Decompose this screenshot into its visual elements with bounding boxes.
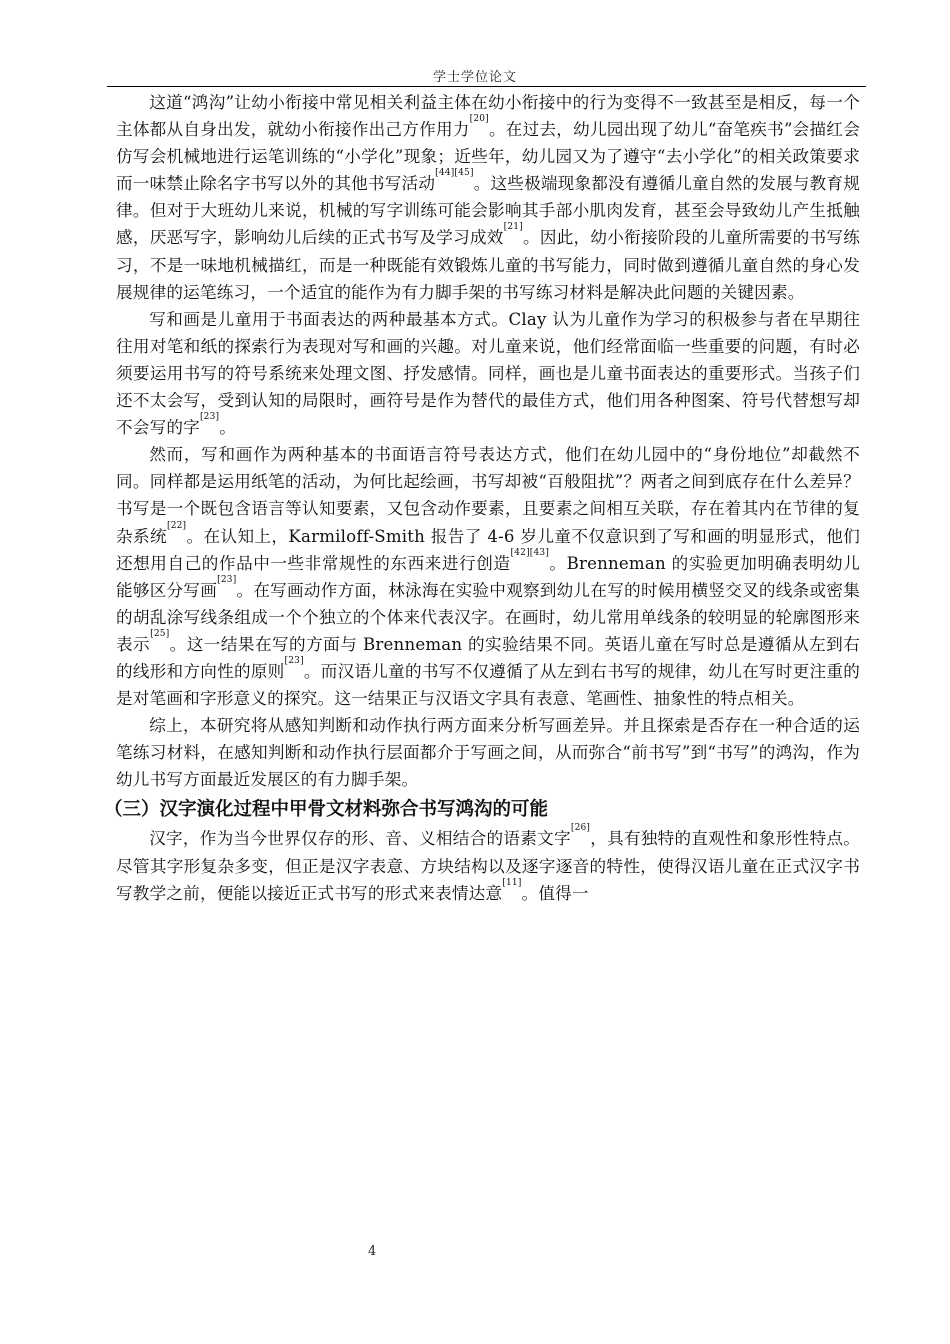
header-rule: [107, 86, 866, 87]
citation-ref: [20]: [470, 114, 489, 124]
citation-ref: [21]: [504, 222, 523, 232]
citation-ref: [23]: [200, 412, 219, 422]
citation-ref: [23]: [285, 656, 304, 666]
paragraph-4: 综上，本研究将从感知判断和动作执行两方面来分析写画差异。并且探索是否存在一种合适…: [116, 712, 860, 793]
citation-ref: [26]: [571, 823, 590, 833]
paragraph-1: 这道“鸿沟”让幼小衔接中常见相关利益主体在幼小衔接中的行为变得不一致甚至是相反，…: [116, 89, 860, 306]
text-run: 。值得一: [522, 884, 589, 903]
text-run: 。: [219, 418, 236, 437]
paragraph-2: 写和画是儿童用于书面表达的两种最基本方式。Clay 认为儿童作为学习的积极参与者…: [116, 306, 860, 441]
page-header-title: 学士学位论文: [0, 66, 950, 85]
citation-ref: [11]: [502, 878, 521, 888]
citation-ref: [22]: [167, 521, 186, 531]
paragraph-3: 然而，写和画作为两种基本的书面语言符号表达方式，他们在幼儿园中的“身份地位”却截…: [116, 441, 860, 712]
text-run: 汉字，作为当今世界仅存的形、音、义相结合的语素文字: [149, 829, 571, 848]
citation-ref: [42][43]: [511, 548, 550, 558]
citation-ref: [23]: [217, 575, 236, 585]
document-body: 这道“鸿沟”让幼小衔接中常见相关利益主体在幼小衔接中的行为变得不一致甚至是相反，…: [116, 89, 860, 907]
citation-ref: [44][45]: [435, 168, 474, 178]
section-paragraph-1: 汉字，作为当今世界仅存的形、音、义相结合的语素文字[26]，具有独特的直观性和象…: [116, 825, 860, 906]
citation-ref: [25]: [150, 629, 169, 639]
section-heading: （三）汉字演化过程中甲骨文材料弥合书写鸿沟的可能: [104, 795, 860, 825]
text-run: 综上，本研究将从感知判断和动作执行两方面来分析写画差异。并且探索是否存在一种合适…: [116, 716, 860, 789]
page-number: 4: [368, 1244, 376, 1259]
